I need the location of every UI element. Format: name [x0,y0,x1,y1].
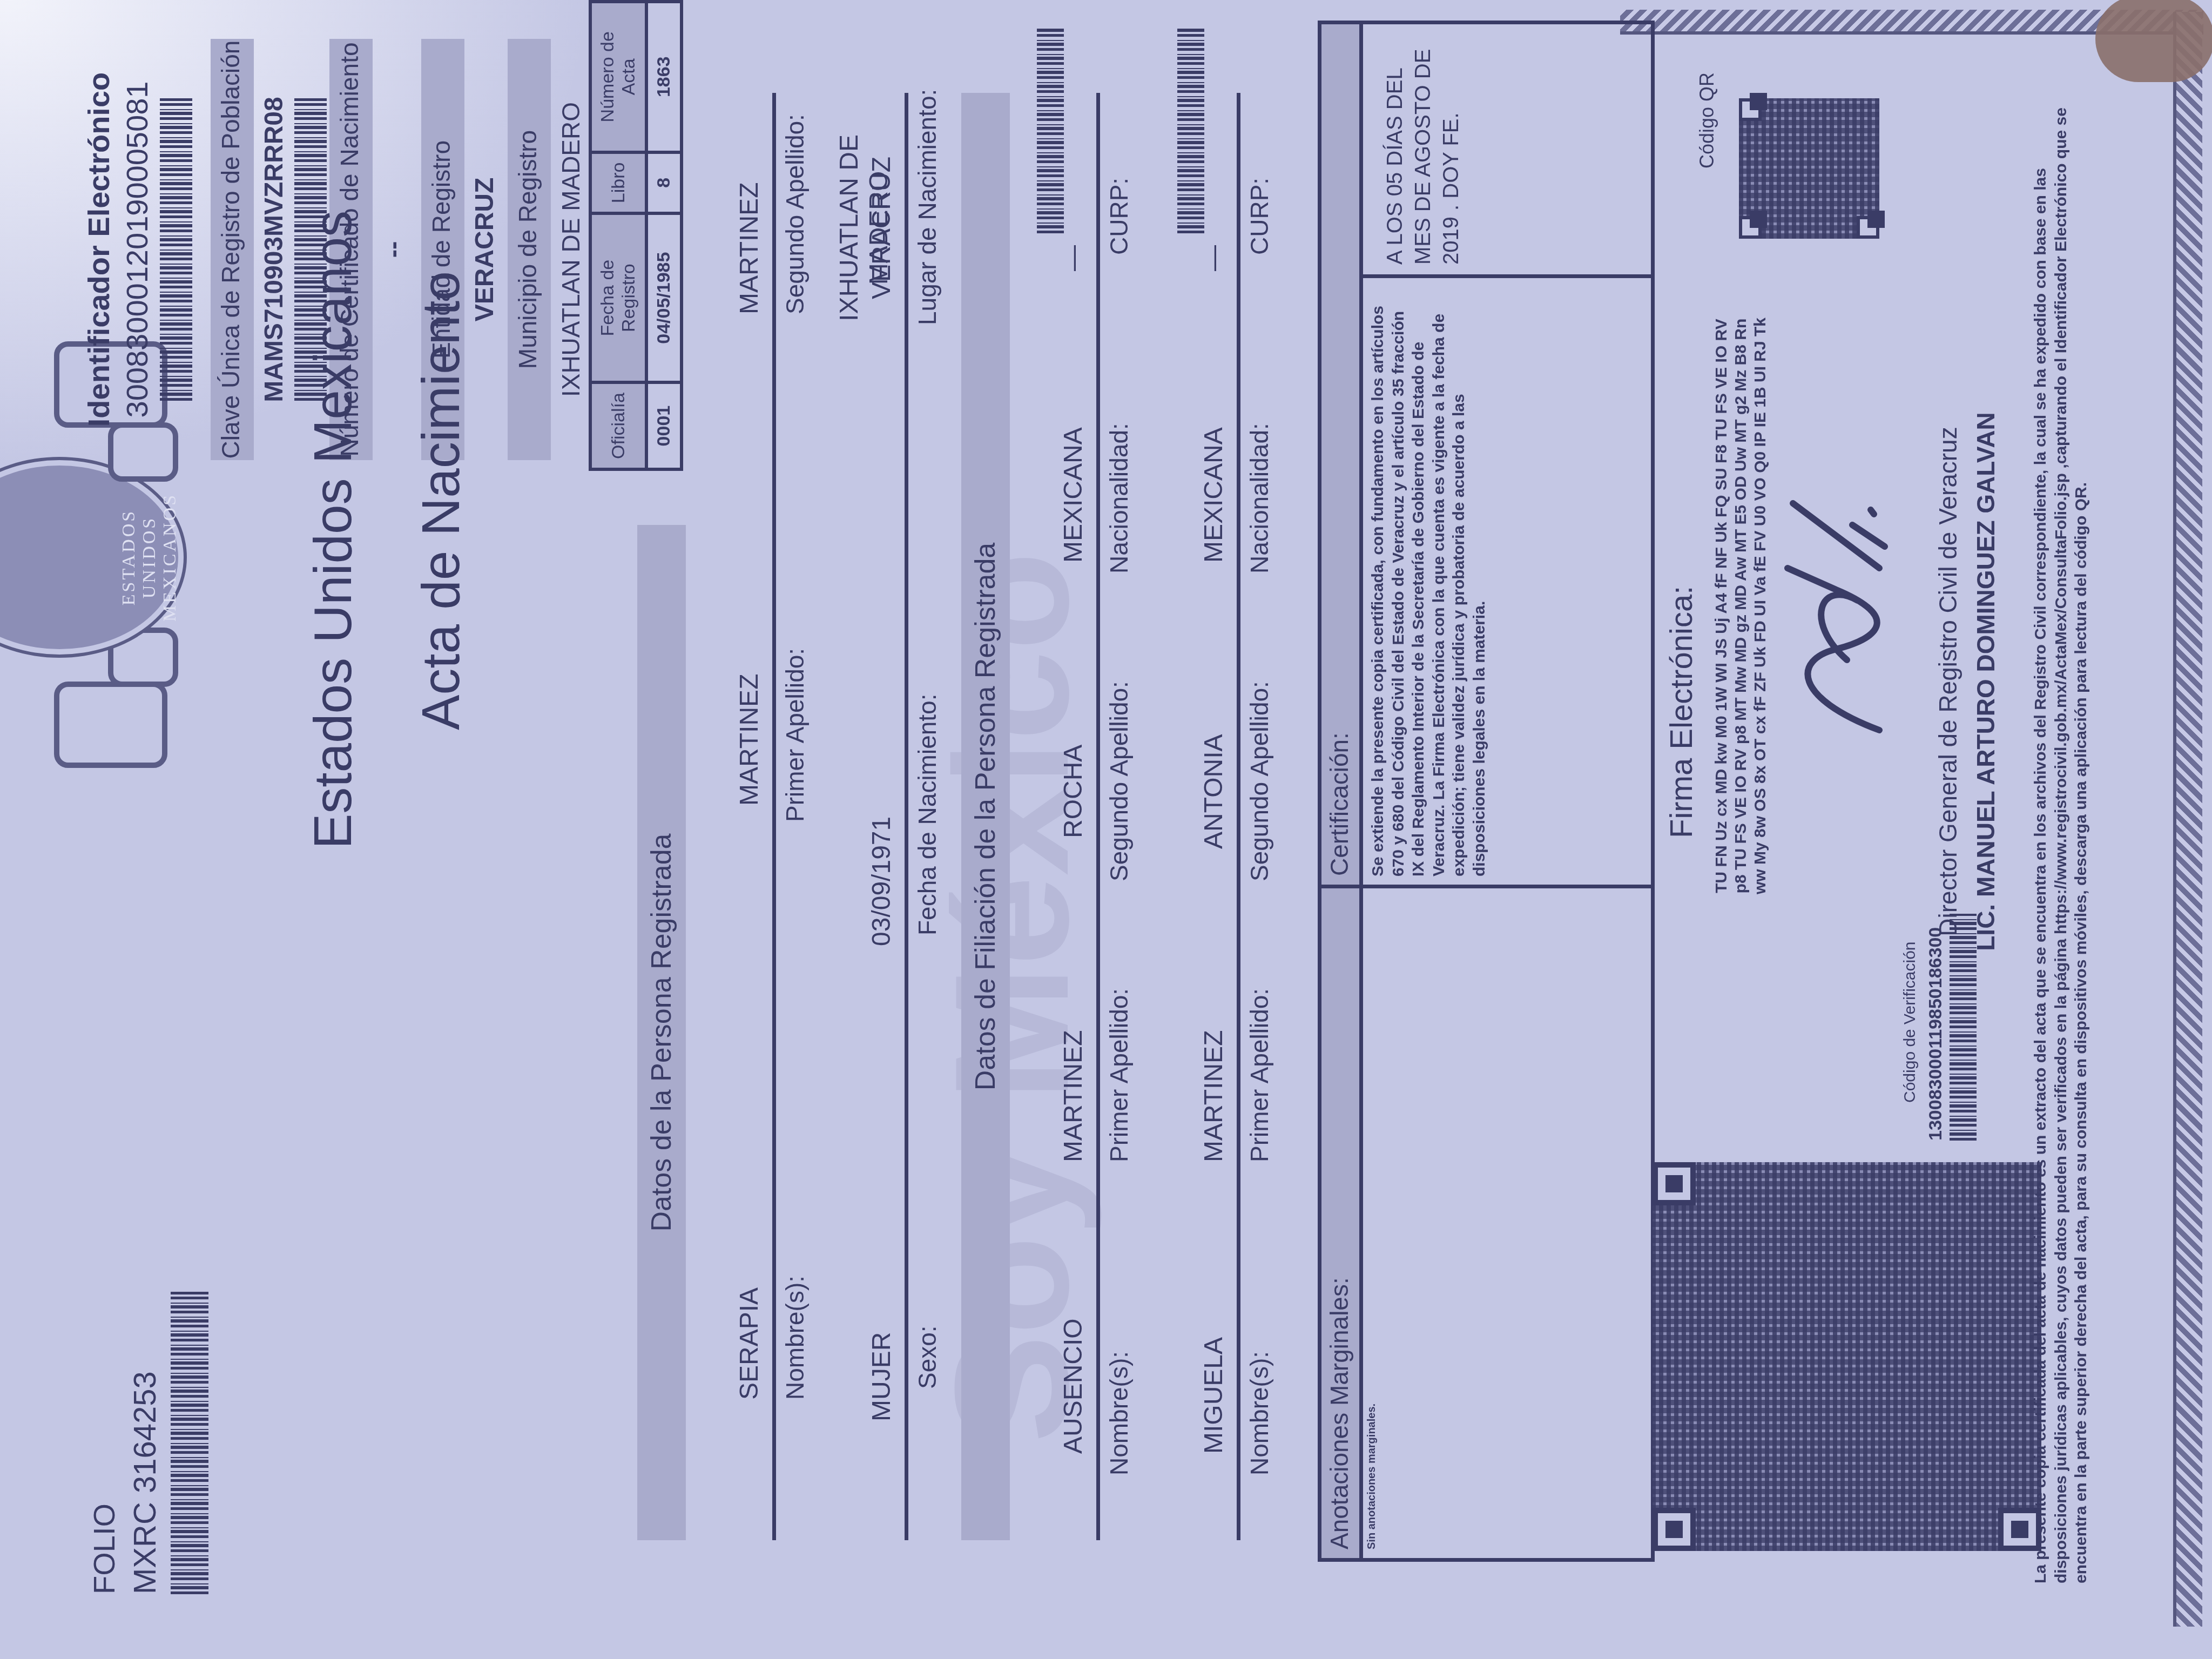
signature-code-line: ww My 8w OS 8x OT cx fF ZF Uk FD UI Va f… [1751,244,1770,968]
header-libro: Libro [590,152,646,214]
annotations-label: Anotaciones Marginales: [1321,888,1357,1558]
certification-header: Certificación: [1321,24,1363,885]
document-title: Acta de Nacimiento [410,271,471,730]
qr-code-label: Código QR [1696,72,1718,168]
coat-of-arms-seal: ESTADOS UNIDOS MEXICANOS [0,428,205,698]
curp-label: Clave Única de Registro de Población [216,39,245,460]
qr-finder-icon [1857,216,1879,239]
electronic-signature-label: Firma Electrónica: [1663,586,1700,838]
verification-code-label: Código de Verificación [1901,941,1919,1103]
country-title: Estados Unidos Mexicanos [302,211,363,849]
parent1-names-value: AUSENCIO [1058,1318,1088,1454]
folio-value: MXRC 3164253 [127,1292,163,1594]
parent1-second-surname-label: Segundo Apellido: [1104,681,1134,881]
qr-finder-icon [1739,98,1762,121]
parent2-nationality-value: MEXICANA [1199,427,1229,563]
registered-birth-date-value: 03/09/1971 [867,817,896,946]
divider-line [772,93,776,1540]
box-divider [1321,885,1651,888]
parent1-second-surname-value: ROCHA [1058,745,1088,838]
parent2-first-surname-value: MARTINEZ [1199,1030,1229,1162]
signature-code-line: TU FN Uz cx MD kw M0 1W WI JS Uj A4 fF N… [1712,244,1731,968]
birth-cert-number-value: -- [378,39,407,460]
eagle-emblem-icon: ESTADOS UNIDOS MEXICANOS [0,460,184,655]
registered-birth-place-label: Lugar de Nacimiento: [913,89,942,325]
registered-birth-place-line2: VERACRUZ [867,104,896,352]
parent1-names-label: Nombre(s): [1104,1351,1134,1475]
certification-text: Se extiende la presente copia certificad… [1368,293,1489,876]
parent1-curp-barcode [1037,28,1064,233]
parent2-second-surname-label: Segundo Apellido: [1245,681,1274,881]
decorative-border-bottom [2173,12,2202,1627]
parent1-curp-value: — [1058,245,1088,271]
parent1-nationality-label: Nacionalidad: [1104,423,1134,574]
verification-code-value: 130083000119850186300 [1925,927,1946,1141]
parent1-nationality-value: MEXICANA [1058,427,1088,563]
cell-oficialia: 0001 [646,382,682,469]
entity-value: VERACRUZ [470,39,500,460]
finger-holding-paper [2095,0,2212,82]
registered-first-surname-value: MARTINEZ [734,674,764,806]
registered-birth-date-label: Fecha de Nacimiento: [913,694,942,935]
parent2-curp-barcode [1177,28,1204,233]
registered-person-section-title: Datos de la Persona Registrada [645,525,678,1540]
parent2-second-surname-value: ANTONIA [1199,734,1229,849]
curp-value: MAMS710903MVZRRR08 [259,39,289,460]
parent1-first-surname-label: Primer Apellido: [1104,988,1134,1162]
folio-barcode [171,1292,208,1594]
divider-line [1096,93,1100,1540]
registered-names-value: SERAPIA [734,1287,764,1400]
parent2-names-label: Nombre(s): [1245,1351,1274,1475]
header-numero-acta: Número de Acta [590,2,646,152]
registered-names-label: Nombre(s): [780,1276,810,1400]
municipality-label: Municipio de Registro [513,39,542,460]
parent2-curp-value: — [1199,245,1229,271]
folio-label: FOLIO [86,1292,122,1594]
qr-finder-icon [1739,216,1762,239]
filiation-section-title: Datos de Filiación de la Persona Registr… [969,93,1002,1540]
parent1-first-surname-value: MARTINEZ [1058,1030,1088,1162]
verification-barcode [1950,914,1977,1141]
registered-second-surname-value: MARTINEZ [734,183,764,314]
registered-sex-label: Sexo: [913,1325,942,1389]
large-qr-code[interactable] [1653,1162,2041,1551]
folio-block: FOLIO MXRC 3164253 [86,1292,208,1594]
electronic-signature-code: TU FN Uz cx MD kw M0 1W WI JS Uj A4 fF N… [1712,244,1770,968]
certification-date-line: A LOS 05 DÍAS DEL MES DE AGOSTO DE 2019 … [1381,38,1465,265]
identifiers-block: Identificador Electrónico 30083000120190… [81,39,192,460]
registered-second-surname-label: Segundo Apellido: [780,114,810,314]
electronic-id-barcode [160,98,192,401]
signature-code-line: p8 TU FS VE IO RV p8 MT Mw MD gz MD Aw M… [1731,244,1751,968]
qr-finder-icon [1653,1508,1696,1551]
annotations-header: Anotaciones Marginales: [1321,885,1363,1558]
registry-table: Oficialía Fecha de Registro Libro Número… [589,0,683,471]
box-divider [1359,274,1651,278]
parent2-names-value: MIGUELA [1199,1337,1229,1454]
parent2-curp-label: CURP: [1245,178,1274,255]
footer-disclaimer: La presente copia certificada del acta d… [2031,82,2092,1583]
annotations-certification-box: Anotaciones Marginales: Sin anotaciones … [1318,21,1655,1562]
electronic-id-value: 30083000120190005081 [119,39,154,460]
small-qr-code[interactable] [1739,98,1879,239]
header-oficialia: Oficialía [590,382,646,469]
handwritten-signature-icon [1771,493,1912,741]
electronic-id-label: Identificador Electrónico [81,39,116,460]
seal-text: ESTADOS UNIDOS MEXICANOS [119,466,180,649]
registry-table-wrap: Oficialía Fecha de Registro Libro Número… [589,0,683,471]
glyph-ornament-icon [54,682,167,768]
annotations-value: Sin anotaciones marginales. [1366,1404,1378,1549]
cell-libro: 8 [646,152,682,214]
divider-line [905,93,908,1540]
parent2-nationality-label: Nacionalidad: [1245,423,1274,574]
header-fecha-registro: Fecha de Registro [590,213,646,382]
divider-line [1237,93,1240,1540]
municipality-value: IXHUATLAN DE MADERO [556,39,585,460]
parent2-first-surname-label: Primer Apellido: [1245,988,1274,1162]
registered-sex-value: MUJER [867,1332,896,1421]
certification-label: Certificación: [1321,24,1357,885]
cell-numero-acta: 1863 [646,2,682,152]
watermark-text: Soy México [918,551,1105,1443]
qr-finder-icon [1653,1162,1696,1205]
parent1-curp-label: CURP: [1104,178,1134,255]
registered-first-surname-label: Primer Apellido: [780,648,810,822]
birth-certificate-sheet: ESTADOS UNIDOS MEXICANOS Soy México FOLI… [0,0,2212,1659]
cell-fecha-registro: 04/05/1985 [646,213,682,382]
document-stage: ESTADOS UNIDOS MEXICANOS Soy México FOLI… [0,0,2212,1659]
